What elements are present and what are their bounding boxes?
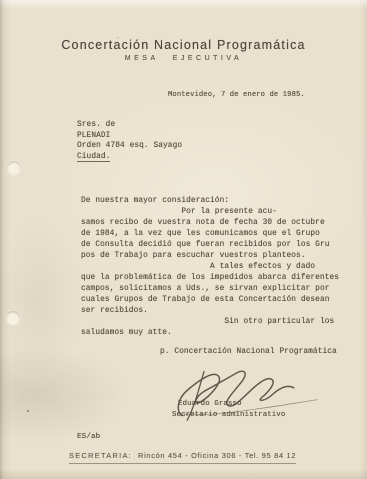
body-line: De nuestra mayor consideración: (81, 196, 339, 207)
footer-details: Rincón 454 - Oficina 306 - Tel. 95 84 12 (138, 451, 296, 460)
letter-body: De nuestra mayor consideración: Por la p… (81, 196, 339, 339)
signatory-name: Eduardo Grasso (178, 400, 242, 408)
recipient-name: PLENADI (77, 131, 182, 142)
body-line: saludamos muy atte. (81, 328, 339, 339)
closing-line: p. Concertación Nacional Programática (160, 348, 337, 356)
footer-label: SECRETARIA: (69, 451, 132, 460)
letterhead-subtitle: MESA EJECUTIVA (0, 55, 367, 62)
body-line: de Consulta decidió que fueran recibidos… (81, 240, 339, 251)
letter-page: Concertación Nacional Programática MESA … (0, 0, 367, 479)
body-line: que la problemática de los impedidos aba… (81, 273, 339, 284)
body-line: pos de Trabajo para escuchar vuestros pl… (81, 251, 339, 262)
body-line: A tales efectos y dado (81, 262, 339, 273)
reference-initials: ES/ab (77, 433, 100, 441)
recipient-block: Sres. de PLENADI Orden 4784 esq. Sayago … (77, 120, 182, 162)
paper-speck (27, 410, 29, 412)
body-line: de 1984, a la vez que les comunicamos qu… (81, 229, 339, 240)
signature-block: Eduardo Grasso Secretario administrativo (168, 366, 358, 430)
signatory-title: Secretario administrativo (172, 411, 285, 419)
body-line: Sin otro particular los (81, 317, 339, 328)
recipient-salutation: Sres. de (77, 120, 182, 131)
body-line: Por la presente acu- (81, 207, 339, 218)
footer: SECRETARIA:Rincón 454 - Oficina 306 - Te… (69, 451, 296, 464)
punch-hole-bottom (6, 311, 20, 325)
letterhead: Concertación Nacional Programática MESA … (0, 38, 367, 62)
punch-hole-top (7, 161, 21, 175)
body-line: samos recibo de vuestra nota de fecha 30… (81, 218, 339, 229)
date-line: Montevideo, 7 de enero de 1985. (168, 91, 305, 99)
body-line: ser recibidos. (81, 306, 339, 317)
recipient-city: Ciudad. (77, 152, 182, 163)
recipient-address: Orden 4784 esq. Sayago (77, 141, 182, 152)
body-line: campos, solicitamos a Uds., se sirvan ex… (81, 284, 339, 295)
body-line: cuales Grupos de Trabajo de esta Concert… (81, 295, 339, 306)
organization-name: Concertación Nacional Programática (0, 38, 367, 52)
